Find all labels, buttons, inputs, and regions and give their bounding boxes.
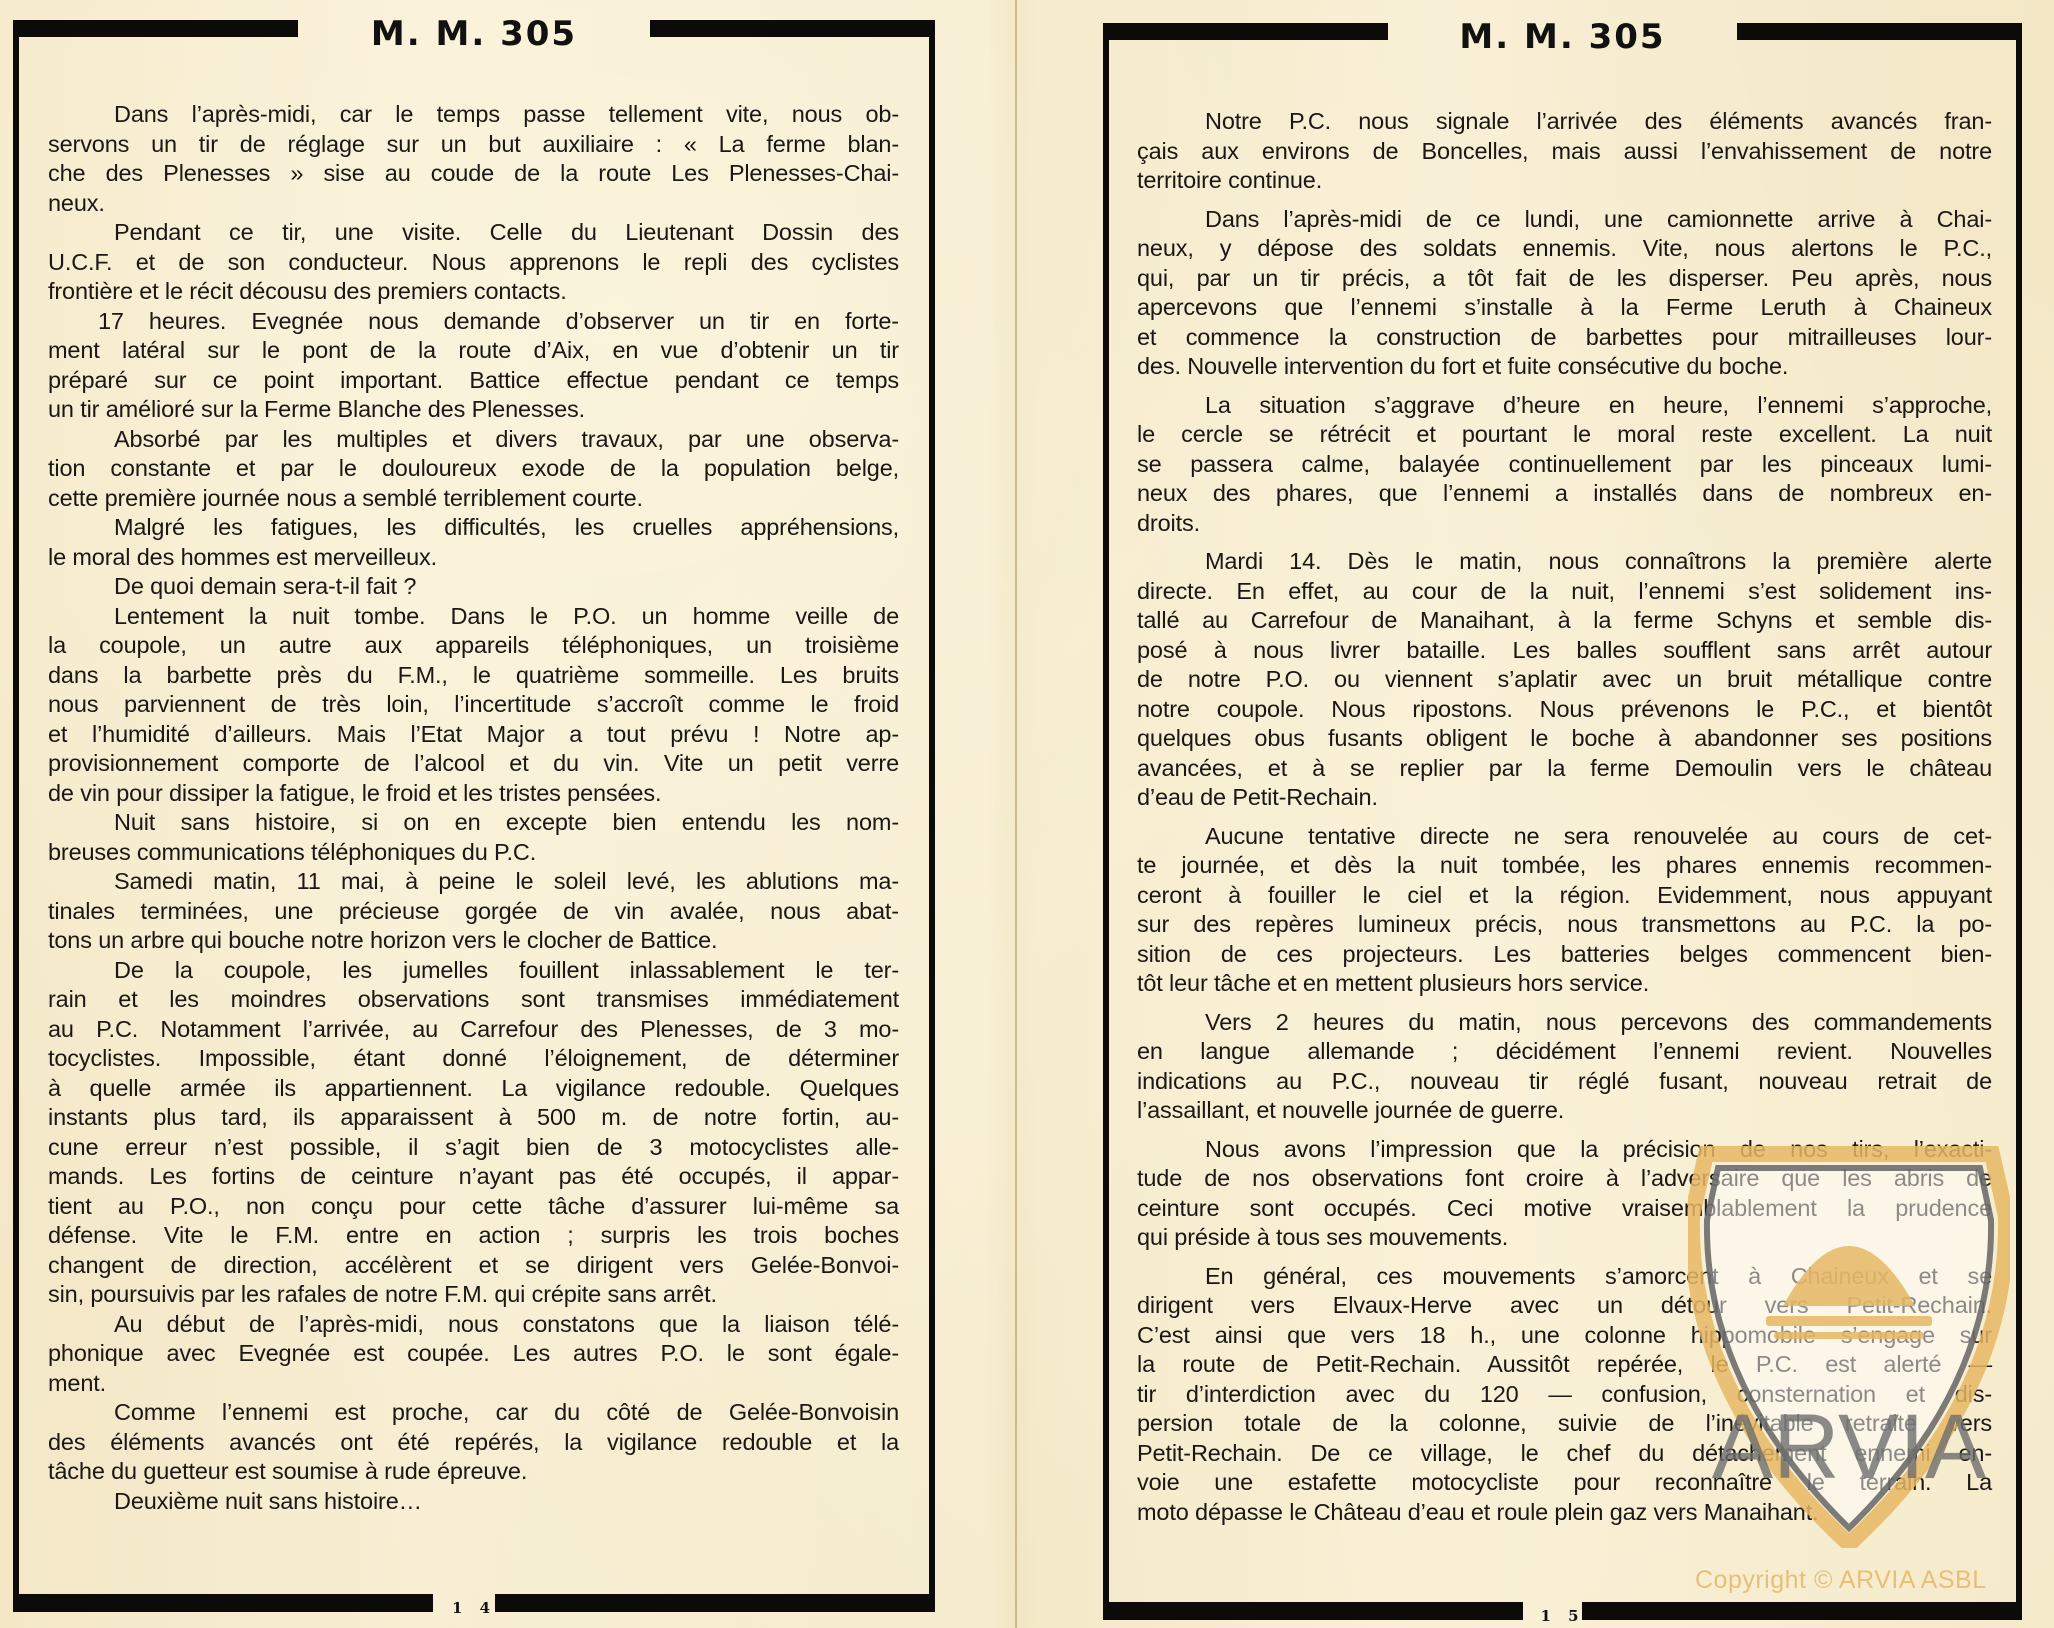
text-line: ceinture sont occupés. Ceci motive vrais… <box>1137 1194 1992 1224</box>
text-line: se passera calme, balayée continuellemen… <box>1137 450 1992 480</box>
text-line: Mardi 14. Dès le matin, nous connaîtrons… <box>1137 547 1992 577</box>
text-line: neux des phares, que l’ennemi a installé… <box>1137 479 1992 509</box>
text-line: apercevons que l’ennemi s’installe à la … <box>1137 293 1992 323</box>
text-line: préparé sur ce point important. Battice … <box>48 366 899 396</box>
paragraph: Au début de l’après-midi, nous constaton… <box>48 1310 899 1399</box>
paragraph: Mardi 14. Dès le matin, nous connaîtrons… <box>1137 547 1992 813</box>
text-line: instants plus tard, ils apparaissent à 5… <box>48 1103 899 1133</box>
text-line: de vin pour dissiper la fatigue, le froi… <box>48 779 899 809</box>
paragraph: Notre P.C. nous signale l’arrivée des él… <box>1137 107 1992 196</box>
text-line: persion totale de la colonne, suivie de … <box>1137 1409 1992 1439</box>
text-line: et l’humidité d’ailleurs. Mais l’Etat Ma… <box>48 720 899 750</box>
text-line: C’est ainsi que vers 18 h., une colonne … <box>1137 1321 1992 1351</box>
text-line: le cercle se rétrécit et pourtant le mor… <box>1137 420 1992 450</box>
text-line: à quelle armée ils appartiennent. La vig… <box>48 1074 899 1104</box>
text-line: des éléments avancés ont été repérés, la… <box>48 1428 899 1458</box>
text-line: dans la barbette près du F.M., le quatri… <box>48 661 899 691</box>
paragraph: 17 heures. Evegnée nous demande d’observ… <box>48 307 899 425</box>
text-line: Samedi matin, 11 mai, à peine le soleil … <box>48 867 899 897</box>
text-line: cune erreur n’est possible, il s’agit bi… <box>48 1133 899 1163</box>
page-header-title: M. M. 305 <box>1103 17 2022 57</box>
text-line: qui préside à tous ses mouvements. <box>1137 1223 1992 1253</box>
text-line: voie une estafette motocycliste pour rec… <box>1137 1468 1992 1498</box>
paragraph: De la coupole, les jumelles fouillent in… <box>48 956 899 1310</box>
book-fold <box>1015 0 1017 1628</box>
text-line: la coupole, un autre aux appareils télép… <box>48 631 899 661</box>
text-line: territoire continue. <box>1137 166 1992 196</box>
text-line: Petit-Rechain. De ce village, le chef du… <box>1137 1439 1992 1469</box>
paragraph: Dans l’après-midi, car le temps passe te… <box>48 100 899 218</box>
text-line: Nuit sans histoire, si on en excepte bie… <box>48 808 899 838</box>
text-line: et commence la construction de barbettes… <box>1137 323 1992 353</box>
text-line: En général, ces mouvements s’amorcent à … <box>1137 1262 1992 1292</box>
paragraph: Malgré les fatigues, les difficultés, le… <box>48 513 899 572</box>
paragraph: Pendant ce tir, une visite. Celle du Lie… <box>48 218 899 307</box>
page-header-title: M. M. 305 <box>13 14 935 54</box>
page-body-text: Dans l’après-midi, car le temps passe te… <box>48 100 899 1516</box>
text-line: qui, par un tir précis, a tôt fait de le… <box>1137 264 1992 294</box>
text-line: Au début de l’après-midi, nous constaton… <box>48 1310 899 1340</box>
text-line: Pendant ce tir, une visite. Celle du Lie… <box>48 218 899 248</box>
text-line: le moral des hommes est merveilleux. <box>48 543 899 573</box>
text-line: l’assaillant, et nouvelle journée de gue… <box>1137 1096 1992 1126</box>
text-line: Vers 2 heures du matin, nous percevons d… <box>1137 1008 1992 1038</box>
text-line: U.C.F. et de son conducteur. Nous appren… <box>48 248 899 278</box>
text-line: Dans l’après-midi, car le temps passe te… <box>48 100 899 130</box>
text-line: quelques obus fusants obligent le boche … <box>1137 724 1992 754</box>
paragraph: Vers 2 heures du matin, nous percevons d… <box>1137 1008 1992 1126</box>
text-line: dirigent vers Elvaux-Herve avec un détou… <box>1137 1291 1992 1321</box>
text-line: Absorbé par les multiples et divers trav… <box>48 425 899 455</box>
paragraph: Aucune tentative directe ne sera renouve… <box>1137 822 1992 999</box>
text-line: directe. En effet, au cour de la nuit, l… <box>1137 577 1992 607</box>
text-line: d’eau de Petit-Rechain. <box>1137 783 1992 813</box>
text-line: défense. Vite le F.M. entre en action ; … <box>48 1221 899 1251</box>
paragraph: La situation s’aggrave d’heure en heure,… <box>1137 391 1992 539</box>
text-line: De la coupole, les jumelles fouillent in… <box>48 956 899 986</box>
text-line: sur des repères lumineux précis, nous tr… <box>1137 910 1992 940</box>
text-line: ment. <box>48 1369 899 1399</box>
text-line: nous parviennent de très loin, l’incerti… <box>48 690 899 720</box>
page-number: 1 4 <box>13 1599 935 1617</box>
paragraph: Lentement la nuit tombe. Dans le P.O. un… <box>48 602 899 809</box>
text-line: sition de ces projecteurs. Les batteries… <box>1137 940 1992 970</box>
text-line: che des Plenesses » sise au coude de la … <box>48 159 899 189</box>
paragraph: De quoi demain sera-t-il fait ? <box>48 572 899 602</box>
text-line: servons un tir de réglage sur un but aux… <box>48 130 899 160</box>
page-frame: M. M. 305 1 5 Notre P.C. nous signale l’… <box>1103 23 2022 1620</box>
text-line: sin, poursuivis par les rafales de notre… <box>48 1280 899 1310</box>
page-body-text: Notre P.C. nous signale l’arrivée des él… <box>1137 107 1992 1536</box>
text-line: Comme l’ennemi est proche, car du côté d… <box>48 1398 899 1428</box>
text-line: la route de Petit-Rechain. Aussitôt repé… <box>1137 1350 1992 1380</box>
text-line: cette première journée nous a semblé ter… <box>48 484 899 514</box>
text-line: Aucune tentative directe ne sera renouve… <box>1137 822 1992 852</box>
text-line: phonique avec Evegnée est coupée. Les au… <box>48 1339 899 1369</box>
text-line: indications au P.C., nouveau tir réglé f… <box>1137 1067 1992 1097</box>
text-line: mands. Les fortins de ceinture n’ayant p… <box>48 1162 899 1192</box>
text-line: Deuxième nuit sans histoire… <box>48 1487 899 1517</box>
text-line: tion constante et par le douloureux exod… <box>48 454 899 484</box>
text-line: tinales terminées, une précieuse gorgée … <box>48 897 899 927</box>
text-line: changent de direction, accélèrent et se … <box>48 1251 899 1281</box>
text-line: au P.C. Notamment l’arrivée, au Carrefou… <box>48 1015 899 1045</box>
frame-right-border <box>2016 39 2022 1620</box>
text-line: tallé au Carrefour de Manaihant, à la fe… <box>1137 606 1992 636</box>
page-frame: M. M. 305 1 4 Dans l’après-midi, car le … <box>13 20 935 1612</box>
text-line: tir d’interdiction avec du 120 — confusi… <box>1137 1380 1992 1410</box>
text-line: te journée, et dès la nuit tombée, les p… <box>1137 851 1992 881</box>
text-line: De quoi demain sera-t-il fait ? <box>48 572 899 602</box>
text-line: un tir amélioré sur la Ferme Blanche des… <box>48 395 899 425</box>
text-line: rain et les moindres observations sont t… <box>48 985 899 1015</box>
page-number: 1 5 <box>1103 1607 2022 1625</box>
text-line: ceront à fouiller le ciel et la région. … <box>1137 881 1992 911</box>
frame-right-border <box>929 36 935 1612</box>
paragraph: Dans l’après-midi de ce lundi, une camio… <box>1137 205 1992 382</box>
text-line: tude de nos observations font croire à l… <box>1137 1164 1992 1194</box>
text-line: en langue allemande ; décidément l’ennem… <box>1137 1037 1992 1067</box>
page-right: M. M. 305 1 5 Notre P.C. nous signale l’… <box>1090 0 2040 1628</box>
paragraph: Deuxième nuit sans histoire… <box>48 1487 899 1517</box>
text-line: moto dépasse le Château d’eau et roule p… <box>1137 1498 1992 1528</box>
text-line: neux. <box>48 189 899 219</box>
text-line: de notre P.O. ou viennent s’aplatir avec… <box>1137 665 1992 695</box>
frame-left-border <box>1103 23 1109 1620</box>
paragraph: Samedi matin, 11 mai, à peine le soleil … <box>48 867 899 956</box>
text-line: tocyclistes. Impossible, étant donné l’é… <box>48 1044 899 1074</box>
text-line: çais aux environs de Boncelles, mais aus… <box>1137 137 1992 167</box>
text-line: Lentement la nuit tombe. Dans le P.O. un… <box>48 602 899 632</box>
page-left: M. M. 305 1 4 Dans l’après-midi, car le … <box>0 0 950 1628</box>
text-line: breuses communications téléphoniques du … <box>48 838 899 868</box>
paragraph: Absorbé par les multiples et divers trav… <box>48 425 899 514</box>
text-line: posé à nous livrer bataille. Les balles … <box>1137 636 1992 666</box>
text-line: notre coupole. Nous ripostons. Nous prév… <box>1137 695 1992 725</box>
text-line: Malgré les fatigues, les difficultés, le… <box>48 513 899 543</box>
text-line: provisionnement comporte de l’alcool et … <box>48 749 899 779</box>
text-line: Notre P.C. nous signale l’arrivée des él… <box>1137 107 1992 137</box>
text-line: Nous avons l’impression que la précision… <box>1137 1135 1992 1165</box>
text-line: droits. <box>1137 509 1992 539</box>
text-line: tâche du guetteur est soumise à rude épr… <box>48 1457 899 1487</box>
paragraph: Comme l’ennemi est proche, car du côté d… <box>48 1398 899 1487</box>
text-line: tient au P.O., non conçu pour cette tâch… <box>48 1192 899 1222</box>
text-line: tons un arbre qui bouche notre horizon v… <box>48 926 899 956</box>
text-line: 17 heures. Evegnée nous demande d’observ… <box>48 307 899 337</box>
text-line: Dans l’après-midi de ce lundi, une camio… <box>1137 205 1992 235</box>
frame-left-border <box>13 20 19 1612</box>
paragraph: En général, ces mouvements s’amorcent à … <box>1137 1262 1992 1528</box>
paragraph: Nous avons l’impression que la précision… <box>1137 1135 1992 1253</box>
text-line: avancées, et à se replier par la ferme D… <box>1137 754 1992 784</box>
text-line: des. Nouvelle intervention du fort et fu… <box>1137 352 1992 382</box>
text-line: tôt leur tâche et en mettent plusieurs h… <box>1137 969 1992 999</box>
text-line: ment latéral sur le pont de la route d’A… <box>48 336 899 366</box>
paragraph: Nuit sans histoire, si on en excepte bie… <box>48 808 899 867</box>
text-line: neux, y dépose des soldats ennemis. Vite… <box>1137 234 1992 264</box>
text-line: La situation s’aggrave d’heure en heure,… <box>1137 391 1992 421</box>
text-line: frontière et le récit décousu des premie… <box>48 277 899 307</box>
copyright-notice: Copyright © ARVIA ASBL <box>1695 1566 1987 1595</box>
